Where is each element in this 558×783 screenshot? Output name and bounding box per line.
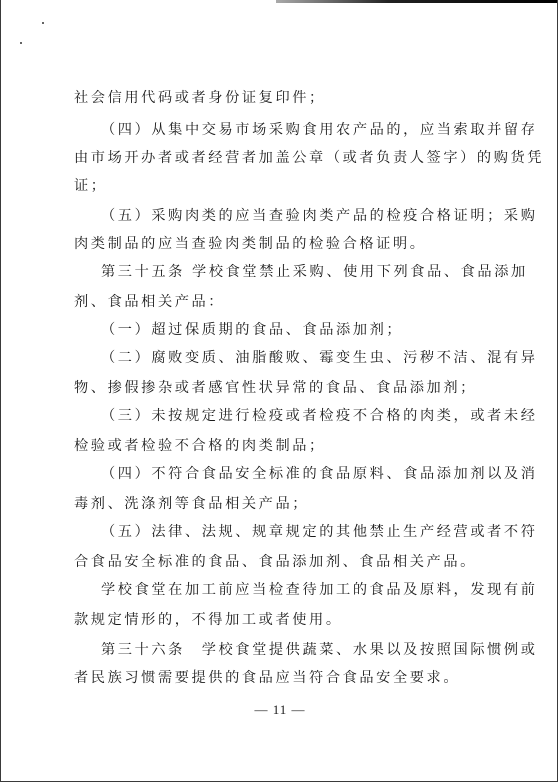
text-line: 剂、食品相关产品： bbox=[74, 293, 225, 311]
text-line: （四）从集中交易市场采购食用农产品的，应当索取并留存 bbox=[101, 121, 537, 139]
text-line: 检验或者检验不合格的肉类制品； bbox=[74, 437, 326, 455]
text-line: （五）采购肉类的应当查验肉类产品的检疫合格证明；采购 bbox=[101, 207, 537, 225]
text-line: （二）腐败变质、油脂酸败、霉变生虫、污秽不洁、混有异 bbox=[101, 349, 537, 367]
scan-speck bbox=[42, 22, 44, 24]
text-line: （一）超过保质期的食品、食品添加剂； bbox=[101, 321, 403, 339]
scan-edge bbox=[276, 0, 557, 3]
text-line: 第三十五条 学校食堂禁止采购、使用下列食品、食品添加 bbox=[101, 263, 528, 281]
text-line: （四）不符合食品安全标准的食品原料、食品添加剂以及消 bbox=[101, 465, 537, 483]
scan-speck bbox=[20, 42, 22, 44]
text-line: 由市场开办者或者经营者加盖公章（或者负责人签字）的购货凭 bbox=[74, 149, 544, 167]
text-line: 毒剂、洗涤剂等食品相关产品； bbox=[74, 495, 309, 513]
text-line: 第三十六条 学校食堂提供蔬菜、水果以及按照国际惯例或 bbox=[101, 641, 537, 659]
document-page: 社会信用代码或者身份证复印件；（四）从集中交易市场采购食用农产品的，应当索取并留… bbox=[0, 0, 558, 782]
text-line: 肉类制品的应当查验肉类制品的检验合格证明。 bbox=[74, 235, 427, 253]
text-line: 合食品安全标准的食品、食品添加剂、食品相关产品。 bbox=[74, 553, 477, 571]
text-line: （五）法律、法规、规章规定的其他禁止生产经营或者不符 bbox=[101, 523, 537, 541]
text-line: 者民族习惯需要提供的食品应当符合食品安全要求。 bbox=[74, 669, 460, 687]
text-line: 款规定情形的，不得加工或者使用。 bbox=[74, 611, 343, 629]
text-line: 物、掺假掺杂或者感官性状异常的食品、食品添加剂； bbox=[74, 379, 477, 397]
text-line: 社会信用代码或者身份证复印件； bbox=[74, 89, 326, 107]
page-number: — 11 — bbox=[1, 702, 558, 718]
text-line: 学校食堂在加工前应当检查待加工的食品及原料，发现有前 bbox=[101, 581, 537, 599]
text-line: （三）未按规定进行检疫或者检疫不合格的肉类，或者未经 bbox=[101, 407, 537, 425]
text-line: 证； bbox=[74, 177, 108, 195]
